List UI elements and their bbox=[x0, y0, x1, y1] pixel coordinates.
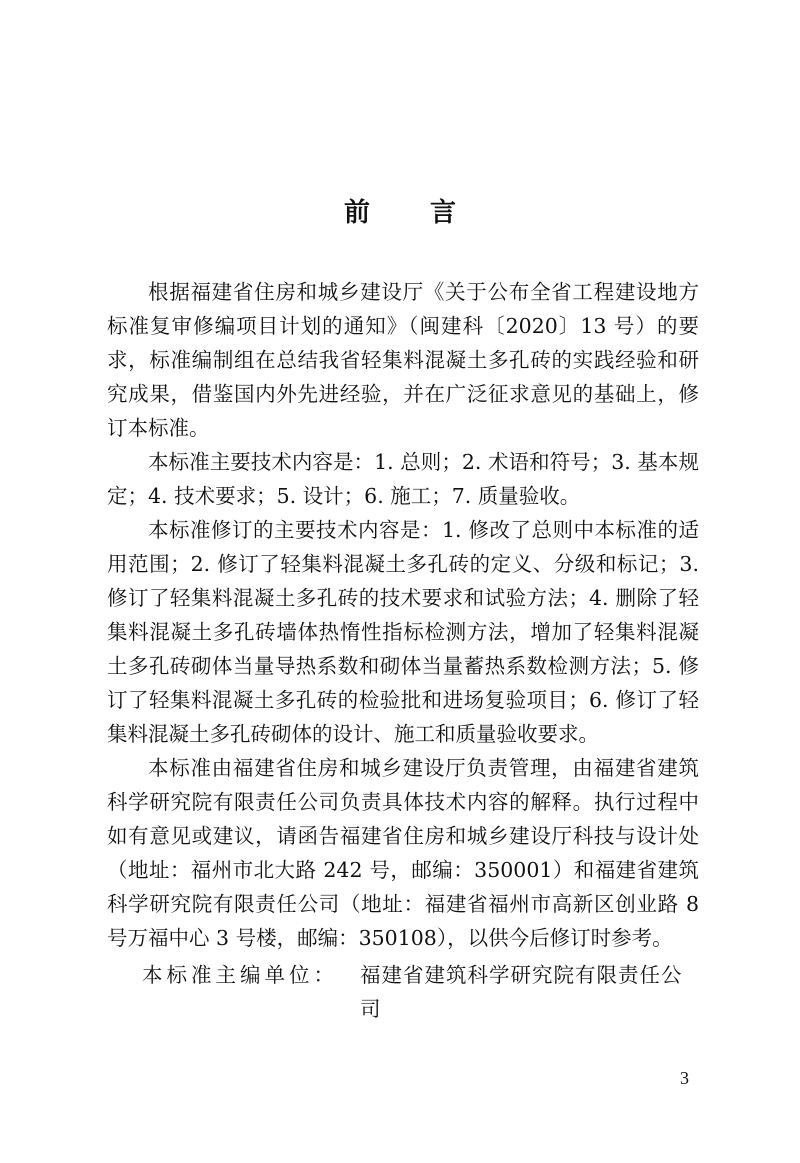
chief-editor-label: 本标准主编单位： bbox=[142, 958, 360, 1026]
chief-editor-value: 福建省建筑科学研究院有限责任公司 bbox=[360, 958, 702, 1026]
preface-body: 根据福建省住房和城乡建设厅《关于公布全省工程建设地方标准复审修编项目计划的通知》… bbox=[107, 275, 699, 955]
paragraph-basis: 根据福建省住房和城乡建设厅《关于公布全省工程建设地方标准复审修编项目计划的通知》… bbox=[107, 275, 699, 445]
paragraph-main-content: 本标准主要技术内容是：1. 总则；2. 术语和符号；3. 基本规定；4. 技术要… bbox=[107, 445, 699, 513]
page-number: 3 bbox=[680, 1068, 689, 1089]
page-title: 前言 bbox=[0, 192, 800, 229]
chief-editor-unit: 本标准主编单位： 福建省建筑科学研究院有限责任公司 bbox=[142, 958, 702, 1026]
paragraph-revisions: 本标准修订的主要技术内容是：1. 修改了总则中本标准的适用范围；2. 修订了轻集… bbox=[107, 513, 699, 751]
paragraph-management: 本标准由福建省住房和城乡建设厅负责管理，由福建省建筑科学研究院有限责任公司负责具… bbox=[107, 751, 699, 955]
